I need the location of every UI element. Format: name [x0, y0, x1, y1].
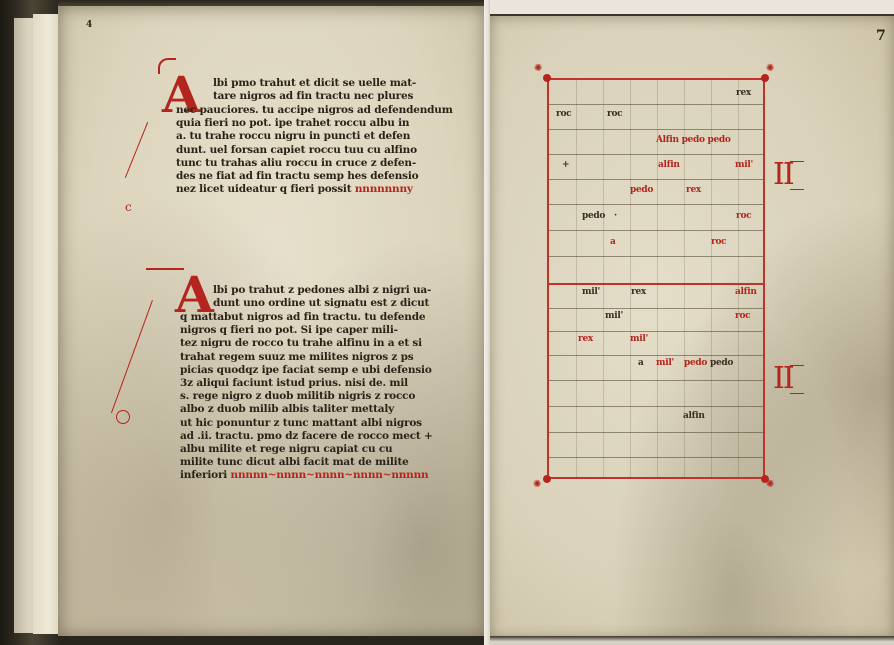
- line-filler: nnnnnnny: [355, 183, 413, 195]
- text-line: dunt. uel forsan capiet roccu tuu cu alf…: [176, 144, 453, 157]
- rank-line: [549, 129, 763, 130]
- chess-piece-label: Alfin pedo pedo: [656, 135, 731, 145]
- text-block-1-continued: nec pauciores. tu accipe nigros ad defen…: [176, 104, 453, 196]
- text-line: lbi po trahut z pedones albi z nigri ua-: [213, 284, 431, 297]
- text-line: quia fieri no pot. ipe trahet roccu albu…: [176, 117, 453, 130]
- numeral-stroke: [790, 161, 804, 162]
- chess-piece-label: mil': [605, 311, 623, 321]
- chess-piece-label: roc: [711, 237, 726, 247]
- right-page-top-strip: [490, 0, 894, 15]
- text-line: s. rege nigro z duob militib nigris z ro…: [180, 390, 433, 403]
- file-line: [630, 80, 631, 477]
- corner-rays: ✺: [533, 480, 541, 490]
- file-line: [603, 80, 604, 477]
- text-line: q mattabut nigros ad fin tractu. tu defe…: [180, 311, 433, 324]
- diagram-divider: [547, 283, 765, 285]
- rank-line: [549, 308, 763, 309]
- chess-piece-label: alfin: [735, 287, 757, 297]
- text-line: tare nigros ad fin tractu nec plures: [213, 90, 416, 103]
- rank-line: [549, 432, 763, 433]
- chess-piece-label: pedo: [684, 358, 707, 368]
- chess-piece-label: pedo: [582, 211, 605, 221]
- chess-piece-label: rex: [631, 287, 646, 297]
- text-line: nez licet uideatur q fieri possit: [176, 183, 351, 195]
- text-line-final: inferiori nnnnn~nnnn~nnnn~nnnn~nnnnn: [180, 469, 433, 482]
- corner-rays: ✺: [766, 64, 774, 74]
- chess-piece-label: rex: [736, 88, 751, 98]
- rank-line: [549, 380, 763, 381]
- corner-rosette: [761, 74, 769, 82]
- text-line: 3z aliqui faciunt istud prius. nisi de. …: [180, 377, 433, 390]
- diagram-numeral-1: II: [773, 160, 793, 190]
- numeral-stroke: [790, 393, 804, 394]
- text-line: a. tu trahe roccu nigru in puncti et def…: [176, 130, 453, 143]
- rank-line: [549, 230, 763, 231]
- manuscript-spread: 4 A lbi pmo trahut et dicit se uelle mat…: [0, 0, 894, 645]
- chess-piece-label: mil': [656, 358, 674, 368]
- chess-piece-label: roc: [607, 109, 622, 119]
- text-line: inferiori: [180, 469, 227, 481]
- rank-line: [549, 406, 763, 407]
- numeral-stroke: [790, 189, 804, 190]
- text-line: des ne fiat ad fin tractu semp hes defen…: [176, 170, 453, 183]
- text-line: milite tunc dicut albi facit mat de mili…: [180, 456, 433, 469]
- rank-line: [549, 179, 763, 180]
- corner-rays: ✺: [766, 480, 774, 490]
- left-folio-mark: 4: [86, 20, 92, 30]
- chess-piece-label: alfin: [683, 411, 705, 421]
- text-block-2-continued: q mattabut nigros ad fin tractu. tu defe…: [180, 311, 433, 483]
- text-line: lbi pmo trahut et dicit se uelle mat-: [213, 77, 416, 90]
- right-folio-mark: 7: [876, 28, 886, 44]
- rank-line: [549, 204, 763, 205]
- text-line: picias quodqz ipe faciat semp e ubi defe…: [180, 364, 433, 377]
- corner-rays: ✺: [534, 64, 542, 74]
- rank-line: [549, 104, 763, 105]
- text-line-final: nez licet uideatur q fieri possit nnnnnn…: [176, 183, 453, 196]
- chess-piece-label: alfin: [658, 160, 680, 170]
- file-line: [576, 80, 577, 477]
- chess-piece-label: roc: [736, 211, 751, 221]
- rank-line: [549, 331, 763, 332]
- chess-piece-label: roc: [735, 311, 750, 321]
- chess-piece-label: roc: [556, 109, 571, 119]
- text-line: dunt uno ordine ut signatu est z dicut: [213, 297, 431, 310]
- corner-rosette: [543, 475, 551, 483]
- chess-piece-label: ·: [614, 211, 617, 221]
- numeral-stroke: [790, 365, 804, 366]
- chess-piece-label: a: [610, 237, 616, 247]
- file-line: [738, 80, 739, 477]
- diagram-numeral-2: II: [773, 364, 793, 394]
- text-line: nec pauciores. tu accipe nigros ad defen…: [176, 104, 453, 117]
- rank-line: [549, 457, 763, 458]
- marginal-mark: c: [125, 200, 132, 214]
- text-line: tez nigru de rocco tu trahe alfinu in a …: [180, 337, 433, 350]
- left-page-bottom-edge: [58, 636, 486, 645]
- text-line: albo z duob milib albis taliter mettaly: [180, 403, 433, 416]
- text-line: ut hic ponuntur z tunc mattant albi nigr…: [180, 417, 433, 430]
- initial-flourish-curl: [116, 410, 130, 424]
- chess-piece-label: mil': [630, 334, 648, 344]
- chess-piece-label: pedo: [710, 358, 733, 368]
- text-line: nigros q fieri no pot. Si ipe caper mili…: [180, 324, 433, 337]
- chess-piece-label: mil': [582, 287, 600, 297]
- chess-piece-label: +: [562, 160, 569, 170]
- corner-rosette: [543, 74, 551, 82]
- chess-piece-label: pedo: [630, 185, 653, 195]
- chess-piece-label: mil': [735, 160, 753, 170]
- initial-flourish-top: [158, 58, 176, 74]
- text-block-1: lbi pmo trahut et dicit se uelle mat- ta…: [213, 77, 416, 103]
- text-line: tunc tu trahas aliu roccu in cruce z def…: [176, 157, 453, 170]
- text-line: albu milite et rege nigru capiat cu cu: [180, 443, 433, 456]
- text-line: trahat regem suuz me milites nigros z ps: [180, 351, 433, 364]
- chess-piece-label: rex: [578, 334, 593, 344]
- right-page-bottom-strip: [490, 636, 894, 645]
- rank-line: [549, 256, 763, 257]
- line-filler: nnnnn~nnnn~nnnn~nnnn~nnnnn: [231, 469, 429, 481]
- chess-piece-label: rex: [686, 185, 701, 195]
- chess-piece-label: a: [638, 358, 644, 368]
- text-block-2: lbi po trahut z pedones albi z nigri ua-…: [213, 284, 431, 310]
- text-line: ad .ii. tractu. pmo dz facere de rocco m…: [180, 430, 433, 443]
- rank-line: [549, 355, 763, 356]
- rank-line: [549, 154, 763, 155]
